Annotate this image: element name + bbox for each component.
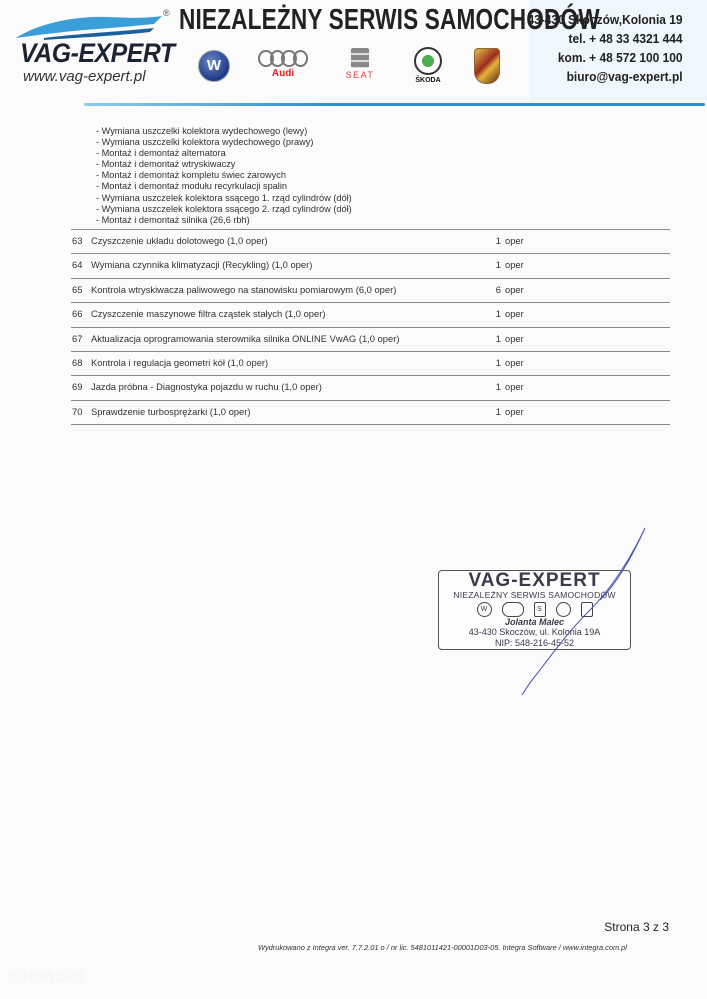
table-row: 70Sprawdzenie turbosprężarki (1,0 oper)1… — [71, 401, 670, 425]
table-row: 65Kontrola wtryskiwacza paliwowego na st… — [71, 279, 670, 303]
row-number: 69 — [72, 381, 82, 392]
row-unit: oper — [505, 333, 524, 344]
row-description: Aktualizacja oprogramowania sterownika s… — [91, 333, 399, 344]
vw-logo-icon: W — [477, 602, 492, 617]
table-row: 64Wymiana czynnika klimatyzacji (Recykli… — [71, 254, 670, 278]
table-row: 63Czyszczenie układu dolotowego (1,0 ope… — [71, 230, 670, 254]
row-unit: oper — [505, 406, 524, 417]
subitem: - Montaż i demontaż alternatora — [96, 148, 352, 159]
stamp-brand: VAG-EXPERT — [439, 572, 630, 590]
seat-logo-icon: SEAT — [338, 44, 382, 80]
row-quantity: 6 — [481, 284, 501, 295]
row-description: Kontrola wtryskiwacza paliwowego na stan… — [91, 284, 396, 295]
row-unit: oper — [505, 235, 524, 246]
table-row: 67Aktualizacja oprogramowania sterownika… — [71, 328, 670, 352]
stamp-owner: Jolanta Malec — [439, 617, 630, 627]
subitem: - Wymiana uszczelek kolektora ssącego 2.… — [96, 204, 352, 215]
row-unit: oper — [505, 357, 524, 368]
row-number: 63 — [72, 235, 82, 246]
row-number: 65 — [72, 284, 82, 295]
row-quantity: 1 — [481, 259, 501, 270]
registered-mark: ® — [163, 8, 170, 18]
row-description: Jazda próbna - Diagnostyka pojazdu w ruc… — [91, 381, 322, 392]
stamp-nip: NIP: 548-216-45-52 — [439, 638, 630, 649]
subitem: - Montaż i demontaż modułu recyrkulacji … — [96, 181, 352, 192]
subitem: - Wymiana uszczelki kolektora wydechoweg… — [96, 137, 352, 148]
vw-logo-icon: W — [198, 50, 230, 82]
row-unit: oper — [505, 259, 524, 270]
row-description: Sprawdzenie turbosprężarki (1,0 oper) — [91, 406, 250, 417]
company-stamp: VAG-EXPERT NIEZALEŻNY SERWIS SAMOCHODÓW … — [438, 570, 631, 650]
row-description: Czyszczenie maszynowe filtra cząstek sta… — [91, 308, 325, 319]
row-quantity: 1 — [481, 357, 501, 368]
watermark: otomoto — [10, 966, 85, 986]
row-description: Kontrola i regulacja geometri kół (1,0 o… — [91, 357, 268, 368]
row-unit: oper — [505, 308, 524, 319]
row-number: 66 — [72, 308, 82, 319]
seat-logo-icon: S — [534, 602, 546, 617]
contact-mobile: kom. + 48 572 100 100 — [528, 48, 683, 67]
row-number: 68 — [72, 357, 82, 368]
row-quantity: 1 — [481, 235, 501, 246]
table-row: 69Jazda próbna - Diagnostyka pojazdu w r… — [71, 376, 670, 400]
audi-logo-icon — [502, 602, 524, 617]
row-quantity: 1 — [481, 333, 501, 344]
page-number: Strona 3 z 3 — [604, 920, 669, 934]
brand-logos: W Audi SEAT ŠKODA — [190, 44, 510, 86]
row-description: Czyszczenie układu dolotowego (1,0 oper) — [91, 235, 268, 246]
row-quantity: 1 — [481, 381, 501, 392]
continued-subitems: - Wymiana uszczelki kolektora wydechoweg… — [96, 126, 352, 226]
skoda-logo-icon — [556, 602, 571, 617]
header-divider — [84, 103, 705, 106]
contact-address: 43-430 Skoczów,Kolonia 19 — [528, 10, 683, 29]
stamp-address: 43-430 Skoczów, ul. Kolonia 19A — [439, 627, 630, 638]
letterhead: ® VAG-EXPERT www.vag-expert.pl NIEZALEŻN… — [0, 0, 707, 108]
row-description: Wymiana czynnika klimatyzacji (Recykling… — [91, 259, 312, 270]
porsche-logo-icon — [581, 602, 593, 617]
subitem: - Wymiana uszczelki kolektora wydechoweg… — [96, 126, 352, 137]
row-quantity: 1 — [481, 406, 501, 417]
porsche-logo-icon — [474, 48, 500, 84]
contact-email: biuro@vag-expert.pl — [528, 67, 683, 86]
subitem: - Montaż i demontaż silnika (26,6 rbh) — [96, 215, 352, 226]
stamp-brand-icons: W S — [439, 602, 630, 616]
subitem: - Wymiana uszczelek kolektora ssącego 1.… — [96, 193, 352, 204]
contact-info: 43-430 Skoczów,Kolonia 19 tel. + 48 33 4… — [528, 10, 683, 86]
table-row: 68Kontrola i regulacja geometri kół (1,0… — [71, 352, 670, 376]
row-unit: oper — [505, 284, 524, 295]
print-footer: Wydrukowano z Integra ver. 7.7.2.01 o / … — [258, 943, 627, 952]
skoda-logo-icon: ŠKODA — [408, 44, 448, 84]
subitem: - Montaż i demontaż kompletu świec żarow… — [96, 170, 352, 181]
subitem: - Montaż i demontaż wtryskiwaczy — [96, 159, 352, 170]
row-number: 70 — [72, 406, 82, 417]
row-unit: oper — [505, 381, 524, 392]
row-number: 64 — [72, 259, 82, 270]
contact-phone: tel. + 48 33 4321 444 — [528, 29, 683, 48]
row-number: 67 — [72, 333, 82, 344]
brand-url: www.vag-expert.pl — [23, 68, 146, 85]
row-quantity: 1 — [481, 308, 501, 319]
stamp-slogan: NIEZALEŻNY SERWIS SAMOCHODÓW — [439, 590, 630, 600]
table-row: 66Czyszczenie maszynowe filtra cząstek s… — [71, 303, 670, 327]
audi-logo-icon: Audi — [258, 44, 308, 79]
brand-name: VAG-EXPERT — [20, 38, 175, 69]
service-table: 63Czyszczenie układu dolotowego (1,0 ope… — [71, 230, 670, 425]
